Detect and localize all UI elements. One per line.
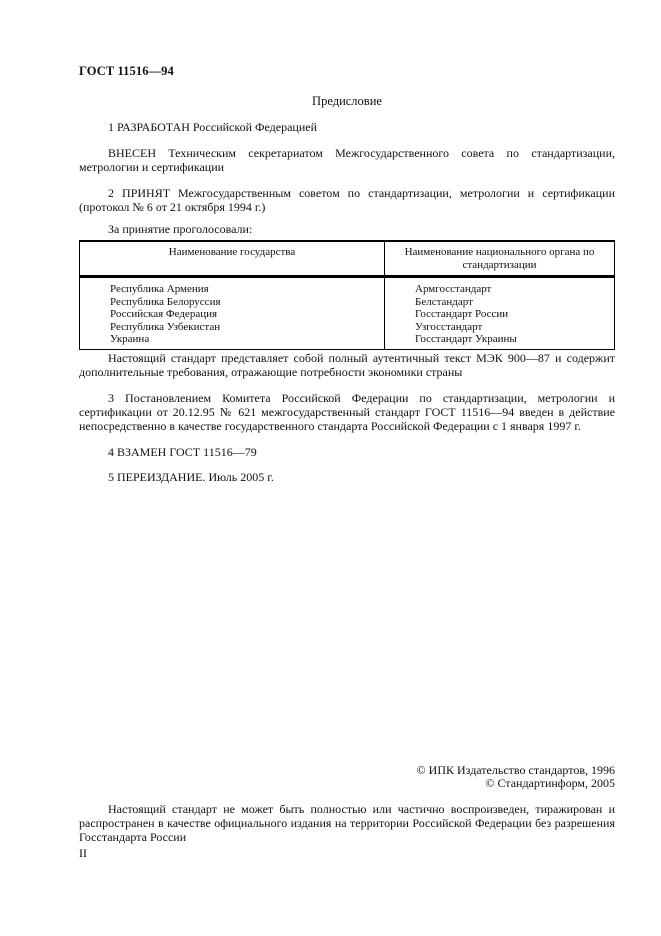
voting-table: Наименование государства Наименование на…: [79, 240, 615, 350]
state-name: Республика Армения: [110, 283, 376, 296]
standards-body-name: Белстандарт: [415, 296, 606, 309]
section-title-foreword: Предисловие: [79, 94, 615, 108]
column-header-standards-body: Наименование национального органа по ста…: [385, 241, 615, 277]
state-name: Украина: [110, 333, 376, 346]
page-number: II: [79, 846, 87, 860]
paragraph-adopted-by: 2 ПРИНЯТ Межгосударственным советом по с…: [79, 186, 615, 214]
standards-body-name: Узгосстандарт: [415, 321, 606, 334]
paragraph-enacted: 3 Постановлением Комитета Российской Фед…: [79, 391, 615, 433]
state-name: Российская Федерация: [110, 308, 376, 321]
column-header-state: Наименование государства: [80, 241, 385, 277]
standards-body-name: Госстандарт России: [415, 308, 606, 321]
document-id-header: ГОСТ 11516—94: [79, 64, 174, 78]
voting-table-body-row: Республика Армения Республика Белоруссия…: [80, 277, 615, 350]
copyright-block: © ИПК Издательство стандартов, 1996 © Ст…: [417, 764, 615, 790]
standards-body-name: Госстандарт Украины: [415, 333, 606, 346]
standards-body-name: Армгосстандарт: [415, 283, 606, 296]
reproduction-notice: Настоящий стандарт не может быть полност…: [79, 802, 615, 844]
paragraph-voted-for: За принятие проголосовали:: [79, 222, 615, 236]
paragraph-submitted-by: ВНЕСЕН Техническим секретариатом Межгосу…: [79, 146, 615, 174]
paragraph-authentic-text: Настоящий стандарт представляет собой по…: [79, 351, 615, 379]
state-list-cell: Республика Армения Республика Белоруссия…: [80, 277, 385, 350]
voting-table-header-row: Наименование государства Наименование на…: [80, 241, 615, 277]
state-name: Республика Белоруссия: [110, 296, 376, 309]
paragraph-reissue: 5 ПЕРЕИЗДАНИЕ. Июль 2005 г.: [79, 470, 615, 484]
paragraph-developed-by: 1 РАЗРАБОТАН Российской Федерацией: [79, 120, 615, 134]
state-name: Республика Узбекистан: [110, 321, 376, 334]
standards-body-list-cell: Армгосстандарт Белстандарт Госстандарт Р…: [385, 277, 615, 350]
copyright-line-standartinform: © Стандартинформ, 2005: [417, 777, 615, 790]
paragraph-replaces: 4 ВЗАМЕН ГОСТ 11516—79: [79, 445, 615, 459]
